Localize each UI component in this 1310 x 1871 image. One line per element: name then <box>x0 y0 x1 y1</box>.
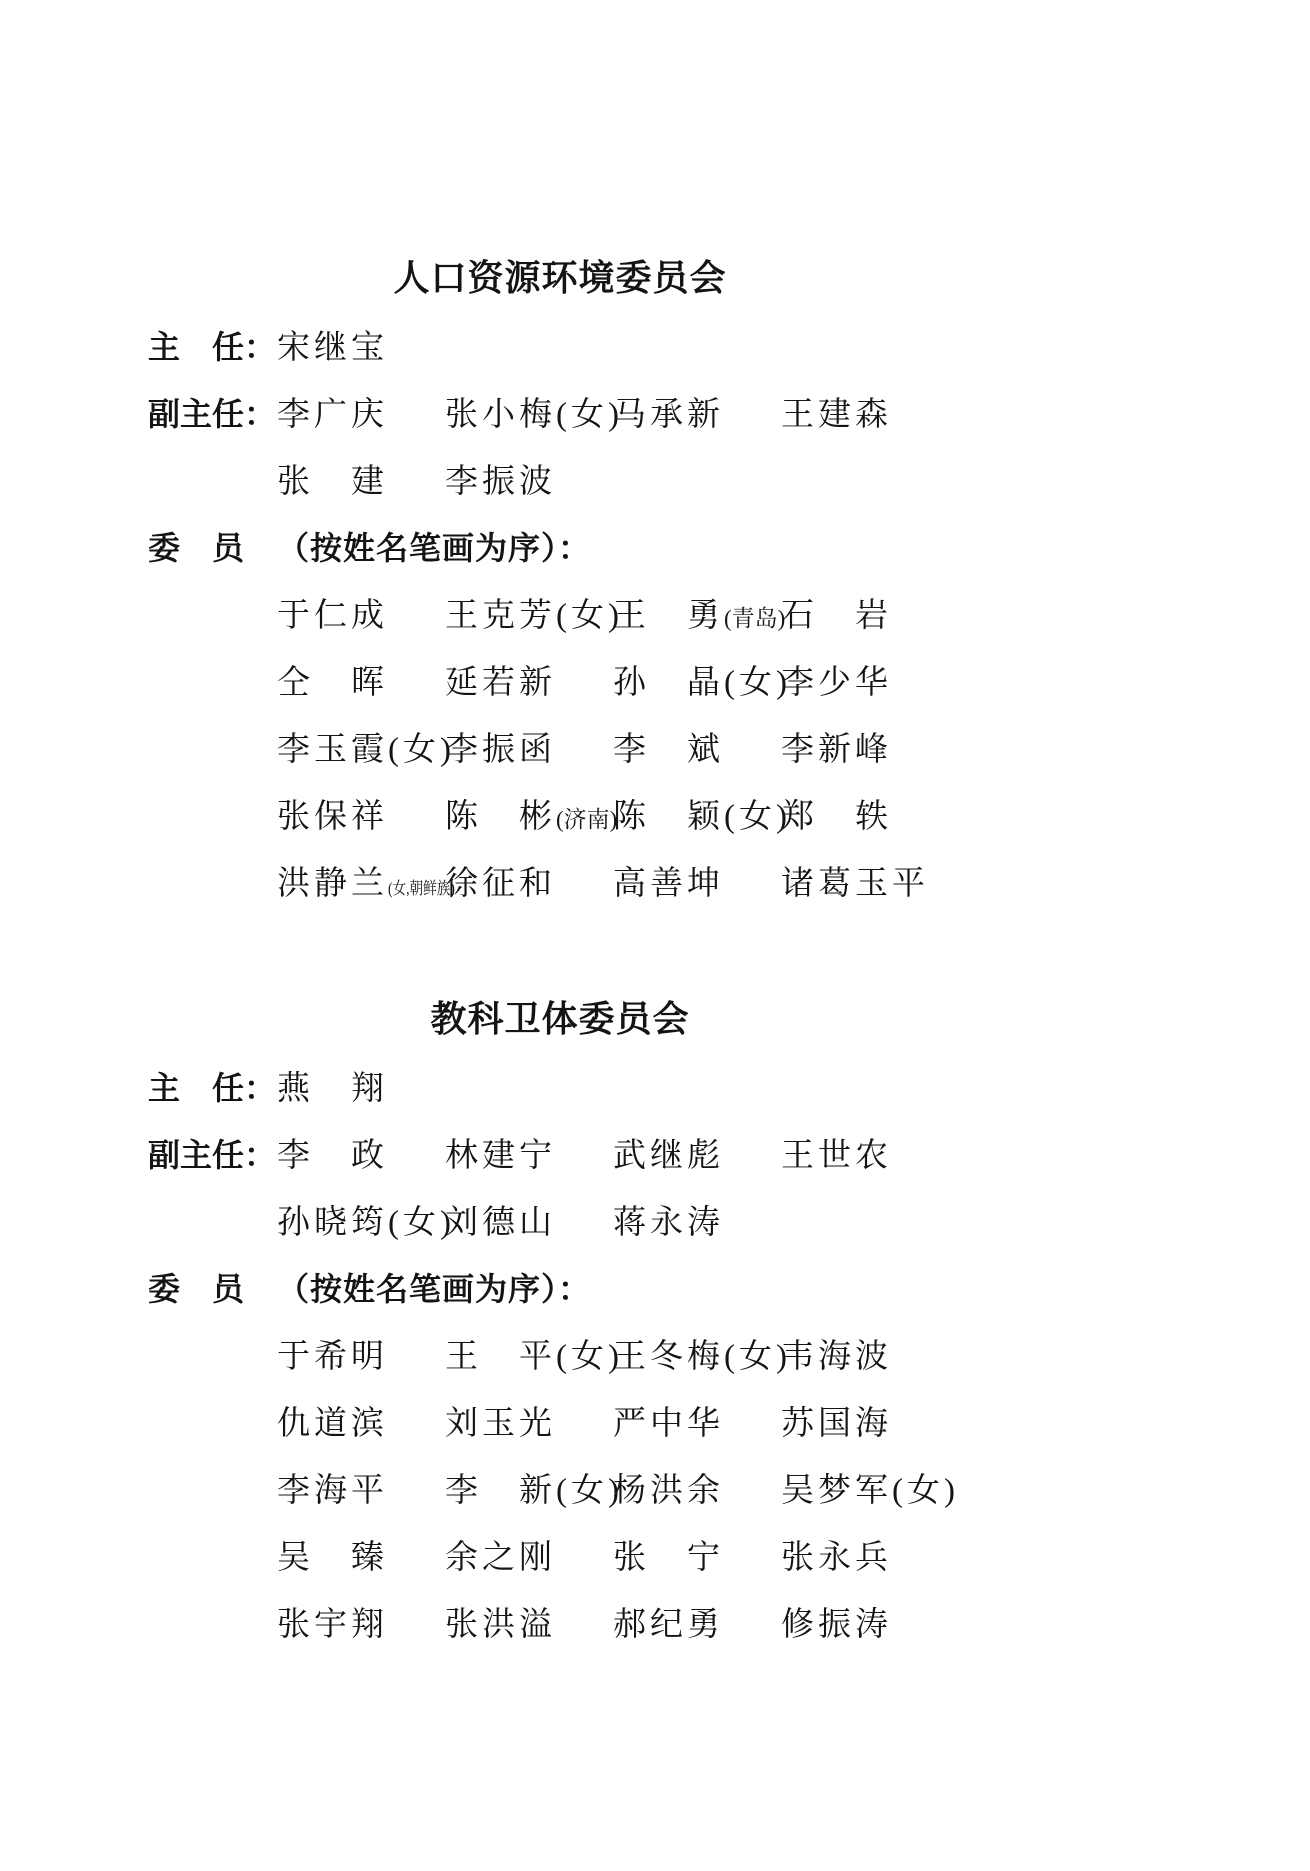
member-name: 仝 晖 <box>277 656 445 703</box>
name-text: 吴梦军(女) <box>781 1473 959 1509</box>
name-annotation: (女,朝鲜族) <box>388 874 455 899</box>
name-text: 李新峰 <box>781 732 892 768</box>
name-text: 张保祥 <box>277 799 388 835</box>
name-text: 韦海波 <box>781 1339 892 1375</box>
labeled-row: 主 任：宋继宝 <box>148 311 972 378</box>
labeled-row: 主 任：燕 翔 <box>148 1052 972 1119</box>
name-text: 李广庆 <box>277 397 388 433</box>
member-name: 张洪溢 <box>445 1598 613 1645</box>
name-text: 张宇翔 <box>277 1607 388 1643</box>
name-text: 王 勇 <box>613 598 724 634</box>
member-name: 仇道滨 <box>277 1397 445 1444</box>
name-text: 高善坤 <box>613 866 724 902</box>
row-label: 委 员 <box>148 1264 277 1310</box>
name-text: 张永兵 <box>781 1540 892 1576</box>
row-label: 主 任： <box>148 1063 277 1109</box>
member-name: 余之刚 <box>445 1531 613 1578</box>
labeled-row: 委 员（按姓名笔画为序）： <box>148 512 972 579</box>
name-text: 张 建 <box>277 464 388 500</box>
name-text: 宋继宝 <box>277 330 388 366</box>
member-name: 李海平 <box>277 1464 445 1511</box>
committee-section-1: 教科卫体委员会主 任：燕 翔副主任：李 政林建宁武继彪王世农孙晓筠(女)刘德山蒋… <box>148 985 972 1655</box>
names-row: 张 建李振波 <box>148 445 972 512</box>
name-text: 孙晓筠(女) <box>277 1205 455 1241</box>
name-text: 修振涛 <box>781 1607 892 1643</box>
member-name: 张永兵 <box>781 1531 949 1578</box>
member-name: 刘德山 <box>445 1196 613 1243</box>
name-text: 于希明 <box>277 1339 388 1375</box>
member-name: 郝纪勇 <box>613 1598 781 1645</box>
name-text: 刘玉光 <box>445 1406 556 1442</box>
name-text: 李玉霞(女) <box>277 732 455 768</box>
name-annotation: (济南) <box>556 807 617 832</box>
member-name: 严中华 <box>613 1397 781 1444</box>
member-name: 燕 翔 <box>277 1062 445 1109</box>
member-name: 陈 彬(济南) <box>445 790 613 837</box>
member-name: 苏国海 <box>781 1397 949 1444</box>
name-text: 张小梅(女) <box>445 397 623 433</box>
name-text: 王克芳(女) <box>445 598 623 634</box>
member-name: 李振函 <box>445 723 613 770</box>
member-name: 张 建 <box>277 455 445 502</box>
member-name: 韦海波 <box>781 1330 949 1377</box>
labeled-row: 副主任：李广庆张小梅(女)马承新王建森 <box>148 378 972 445</box>
name-text: 王世农 <box>781 1138 892 1174</box>
member-name: 李 政 <box>277 1129 445 1176</box>
member-name: 张宇翔 <box>277 1598 445 1645</box>
member-name: 蒋永涛 <box>613 1196 781 1243</box>
name-text: 王建森 <box>781 397 892 433</box>
name-text: 马承新 <box>613 397 724 433</box>
member-name: 林建宁 <box>445 1129 613 1176</box>
member-name: 张 宁 <box>613 1531 781 1578</box>
member-name: 马承新 <box>613 388 781 435</box>
names-row: 仝 晖延若新孙 晶(女)李少华 <box>148 646 972 713</box>
names-row: 洪静兰(女,朝鲜族)徐征和高善坤诸葛玉平 <box>148 847 972 914</box>
member-name: 宋继宝 <box>277 321 445 368</box>
name-text: 郑 轶 <box>781 799 892 835</box>
name-text: 郝纪勇 <box>613 1607 724 1643</box>
member-name: 吴 臻 <box>277 1531 445 1578</box>
sort-order-note: （按姓名笔画为序）： <box>277 1264 591 1310</box>
row-label: 委 员 <box>148 523 277 569</box>
member-name: 郑 轶 <box>781 790 949 837</box>
name-text: 李少华 <box>781 665 892 701</box>
member-name: 刘玉光 <box>445 1397 613 1444</box>
member-name: 于仁成 <box>277 589 445 636</box>
member-name: 王建森 <box>781 388 949 435</box>
member-name: 修振涛 <box>781 1598 949 1645</box>
names-row: 张宇翔张洪溢郝纪勇修振涛 <box>148 1588 972 1655</box>
name-text: 武继彪 <box>613 1138 724 1174</box>
member-name: 徐征和 <box>445 857 613 904</box>
row-label: 副主任： <box>148 1130 277 1176</box>
member-name: 陈 颖(女) <box>613 790 781 837</box>
name-text: 刘德山 <box>445 1205 556 1241</box>
section-title: 人口资源环境委员会 <box>148 244 972 311</box>
member-name: 杨洪余 <box>613 1464 781 1511</box>
member-name: 王世农 <box>781 1129 949 1176</box>
name-text: 张 宁 <box>613 1540 724 1576</box>
member-name: 李玉霞(女) <box>277 723 445 770</box>
name-text: 李 新(女) <box>445 1473 623 1509</box>
member-name: 王克芳(女) <box>445 589 613 636</box>
names-row: 吴 臻余之刚张 宁张永兵 <box>148 1521 972 1588</box>
row-label: 副主任： <box>148 389 277 435</box>
member-name: 李振波 <box>445 455 613 502</box>
member-name: 王冬梅(女) <box>613 1330 781 1377</box>
member-name: 孙晓筠(女) <box>277 1196 445 1243</box>
name-text: 严中华 <box>613 1406 724 1442</box>
name-text: 于仁成 <box>277 598 388 634</box>
committee-section-0: 人口资源环境委员会主 任：宋继宝副主任：李广庆张小梅(女)马承新王建森张 建李振… <box>148 244 972 914</box>
name-text: 吴 臻 <box>277 1540 388 1576</box>
name-text: 杨洪余 <box>613 1473 724 1509</box>
name-text: 苏国海 <box>781 1406 892 1442</box>
name-text: 仇道滨 <box>277 1406 388 1442</box>
name-text: 王 平(女) <box>445 1339 623 1375</box>
name-text: 王冬梅(女) <box>613 1339 791 1375</box>
section-title: 教科卫体委员会 <box>148 985 972 1052</box>
member-name: 武继彪 <box>613 1129 781 1176</box>
member-name: 李新峰 <box>781 723 949 770</box>
names-row: 仇道滨刘玉光严中华苏国海 <box>148 1387 972 1454</box>
name-text: 延若新 <box>445 665 556 701</box>
name-text: 李 斌 <box>613 732 724 768</box>
name-text: 徐征和 <box>445 866 556 902</box>
member-name: 李广庆 <box>277 388 445 435</box>
member-name: 王 平(女) <box>445 1330 613 1377</box>
member-name: 吴梦军(女) <box>781 1464 949 1511</box>
member-name: 石 岩 <box>781 589 949 636</box>
member-name: 孙 晶(女) <box>613 656 781 703</box>
member-name: 李 斌 <box>613 723 781 770</box>
member-name: 李少华 <box>781 656 949 703</box>
name-text: 诸葛玉平 <box>781 866 929 902</box>
name-annotation: (青岛) <box>724 606 785 631</box>
labeled-row: 委 员（按姓名笔画为序）： <box>148 1253 972 1320</box>
row-label: 主 任： <box>148 322 277 368</box>
member-name: 于希明 <box>277 1330 445 1377</box>
member-name: 洪静兰(女,朝鲜族) <box>277 857 445 904</box>
member-name: 张保祥 <box>277 790 445 837</box>
member-name: 李 新(女) <box>445 1464 613 1511</box>
name-text: 陈 颖(女) <box>613 799 791 835</box>
sort-order-note: （按姓名笔画为序）： <box>277 523 591 569</box>
name-text: 李海平 <box>277 1473 388 1509</box>
name-text: 洪静兰 <box>277 866 388 902</box>
names-row: 孙晓筠(女)刘德山蒋永涛 <box>148 1186 972 1253</box>
names-row: 于仁成王克芳(女)王 勇(青岛)石 岩 <box>148 579 972 646</box>
name-text: 李振函 <box>445 732 556 768</box>
member-name: 张小梅(女) <box>445 388 613 435</box>
name-text: 孙 晶(女) <box>613 665 791 701</box>
name-text: 李 政 <box>277 1138 388 1174</box>
names-row: 张保祥陈 彬(济南)陈 颖(女)郑 轶 <box>148 780 972 847</box>
member-name: 王 勇(青岛) <box>613 589 781 636</box>
name-text: 李振波 <box>445 464 556 500</box>
name-text: 石 岩 <box>781 598 892 634</box>
name-text: 陈 彬 <box>445 799 556 835</box>
names-row: 李海平李 新(女)杨洪余吴梦军(女) <box>148 1454 972 1521</box>
name-text: 余之刚 <box>445 1540 556 1576</box>
name-text: 仝 晖 <box>277 665 388 701</box>
member-name: 高善坤 <box>613 857 781 904</box>
name-text: 蒋永涛 <box>613 1205 724 1241</box>
names-row: 于希明王 平(女)王冬梅(女)韦海波 <box>148 1320 972 1387</box>
member-name: 延若新 <box>445 656 613 703</box>
name-text: 张洪溢 <box>445 1607 556 1643</box>
labeled-row: 副主任：李 政林建宁武继彪王世农 <box>148 1119 972 1186</box>
name-text: 燕 翔 <box>277 1071 388 1107</box>
document-page: 人口资源环境委员会主 任：宋继宝副主任：李广庆张小梅(女)马承新王建森张 建李振… <box>0 0 1310 1655</box>
names-row: 李玉霞(女)李振函李 斌李新峰 <box>148 713 972 780</box>
name-text: 林建宁 <box>445 1138 556 1174</box>
member-name: 诸葛玉平 <box>781 857 949 904</box>
